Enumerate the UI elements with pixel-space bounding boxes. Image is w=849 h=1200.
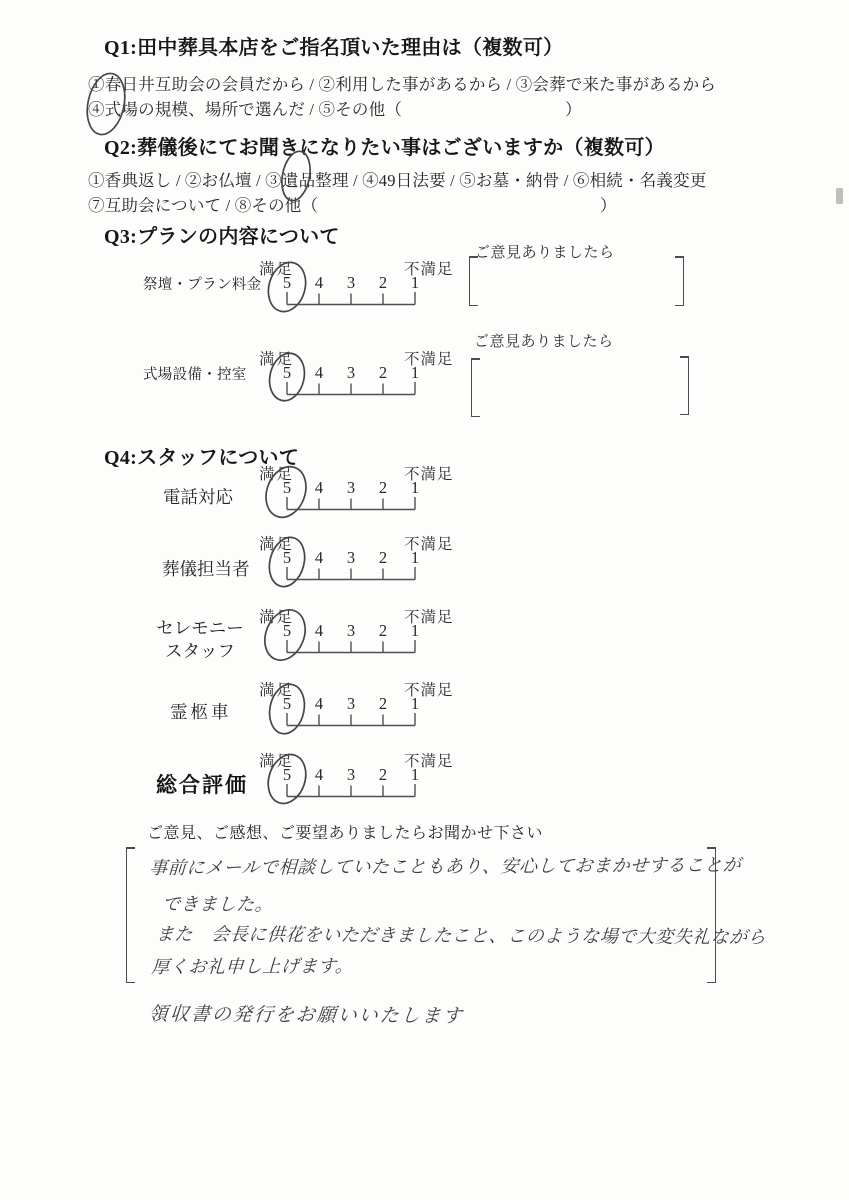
q1-options-line2: ④式場の規模、場所で選んだ / ⑤その他（ ） <box>88 96 808 120</box>
comment-bracket-left <box>471 358 481 417</box>
handwritten-comment-line3: また 会長に供花をいただきましたこと、このような場で大変失礼ながら <box>155 920 767 949</box>
scan-artifact <box>836 188 843 204</box>
scale-number: 3 <box>335 363 367 383</box>
q2-options-line2-text: ⑦互助会について / ⑧その他（ <box>88 196 318 215</box>
scale-number: 2 <box>367 548 399 568</box>
handwritten-circle-5 <box>257 670 313 734</box>
comments-bracket-left <box>126 847 136 983</box>
comment-bracket-right <box>674 256 684 306</box>
scale-number: 1 <box>399 363 431 383</box>
scale-number: 2 <box>367 478 399 498</box>
handwritten-comment-line2: できました。 <box>162 890 274 916</box>
scale-number: 2 <box>367 694 399 714</box>
rating-scale-q4-row4: 満足 不満足 54321 <box>259 678 474 730</box>
q3-heading: Q3:プランの内容について <box>104 220 340 249</box>
q2-options-line2: ⑦互助会について / ⑧その他（ ） <box>88 192 808 216</box>
handwritten-circle-5 <box>257 339 313 403</box>
scale-number: 1 <box>399 273 431 293</box>
scale-number: 3 <box>335 621 367 641</box>
q3-row2-comment-label: ご意見ありましたら <box>474 330 614 351</box>
scale-number: 3 <box>335 548 367 568</box>
scale-number: 2 <box>367 621 399 641</box>
scale-number: 1 <box>399 765 431 785</box>
rating-scale-q4-row5: 満足 不満足 54321 <box>259 749 474 801</box>
comment-bracket-left <box>469 256 479 306</box>
handwritten-circle-5 <box>257 249 313 313</box>
q1-options-line2-text: ④式場の規模、場所で選んだ / ⑤その他（ <box>88 100 402 119</box>
scale-number: 2 <box>367 273 399 293</box>
q1-options-line1: ①春日井互助会の会員だから / ②利用した事があるから / ③会葬で来た事がある… <box>88 71 716 95</box>
q1-heading: Q1:田中葬具本店をご指名頂いた理由は（複数可） <box>104 31 563 60</box>
q4-row3-label: セレモニー スタッフ <box>150 617 250 663</box>
q4-row3-label-line2: スタッフ <box>150 640 250 663</box>
comment-bracket-right <box>679 356 689 415</box>
handwritten-comment-extra: 領収書の発行をお願いいたします <box>148 999 465 1028</box>
q3-row1-comment-label: ご意見ありましたら <box>475 241 615 262</box>
scale-number: 2 <box>367 765 399 785</box>
q4-row3-label-line1: セレモニー <box>150 617 250 640</box>
q4-row2-label: 葬儀担当者 <box>162 556 250 581</box>
rating-scale-q3-row2: 満足 不満足 54321 <box>259 347 474 399</box>
scale-number: 1 <box>399 548 431 568</box>
scale-number: 1 <box>399 694 431 714</box>
scale-number: 3 <box>335 478 367 498</box>
q4-row5-label: 総合評価 <box>156 769 248 799</box>
scale-number: 1 <box>399 478 431 498</box>
handwritten-circle-5 <box>257 741 313 805</box>
scale-number: 3 <box>335 273 367 293</box>
q3-row1-label: 祭壇・プラン料金 <box>143 273 261 294</box>
rating-scale-q4-row1: 満足 不満足 54321 <box>259 462 474 514</box>
rating-scale-q4-row3: 満足 不満足 54321 <box>259 605 474 657</box>
q2-other-close-paren: ） <box>600 192 617 216</box>
handwritten-circle-5 <box>257 597 313 661</box>
survey-page: Q1:田中葬具本店をご指名頂いた理由は（複数可） ①春日井互助会の会員だから /… <box>0 0 849 1200</box>
rating-scale-q4-row2: 満足 不満足 54321 <box>259 532 474 584</box>
scale-number: 3 <box>335 694 367 714</box>
scale-number: 3 <box>335 765 367 785</box>
scale-number: 2 <box>367 363 399 383</box>
comments-prompt: ご意見、ご感想、ご要望ありましたらお聞かせ下さい <box>147 820 543 843</box>
q1-other-close-paren: ） <box>565 96 582 120</box>
q4-row1-label: 電話対応 <box>163 484 233 509</box>
q2-heading: Q2:葬儀後にてお聞きになりたい事はございますか（複数可） <box>104 131 665 160</box>
q4-row4-label: 霊柩車 <box>170 699 232 724</box>
handwritten-circle-5 <box>257 454 313 518</box>
q3-row2-label: 式場設備・控室 <box>143 363 247 384</box>
q2-options-line1: ①香典返し / ②お仏壇 / ③遺品整理 / ④49日法要 / ⑤お墓・納骨 /… <box>88 167 706 191</box>
rating-scale-q3-row1: 満足 不満足 54321 <box>259 257 474 309</box>
handwritten-comment-line4: 厚くお礼申し上げます。 <box>151 952 354 979</box>
scale-number: 1 <box>399 621 431 641</box>
handwritten-circle-5 <box>257 524 313 588</box>
handwritten-comment-line1: 事前にメールで相談していたこともあり、安心しておまかせすることが <box>149 851 742 880</box>
